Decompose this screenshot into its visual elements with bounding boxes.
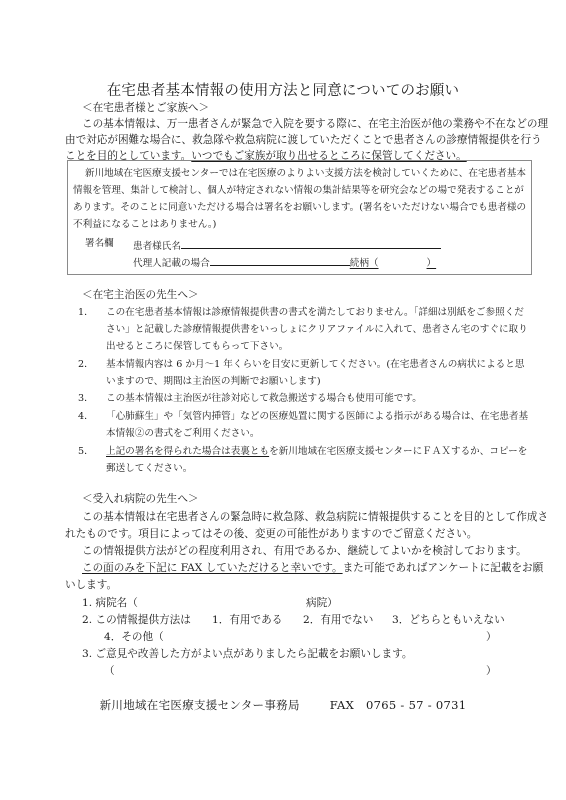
document-page: 在宅患者基本情報の使用方法と同意についてのお願い ＜在宅患者様とご家族へ＞ この…: [0, 0, 566, 800]
family-paragraph-line: この基本情報は、万一患者さんが緊急で入院を要する際に、在宅主治医が他の業務や不在…: [82, 117, 548, 131]
hospital-paragraph-line: れたものです。項目によってはその後、変更の可能性がありますのでご留意ください。: [65, 527, 477, 541]
hospital-paragraph-line: この情報提供方法がどの程度利用され、有用であるか、継続してよいかを検討しておりま…: [82, 544, 527, 558]
patient-name-line[interactable]: [181, 237, 441, 249]
doctor-item-number: 5．: [78, 445, 94, 459]
doctor-item-number: 4．: [78, 410, 94, 424]
survey-q3-open: （: [104, 664, 115, 678]
proxy-field[interactable]: 代理人記載の場合続柄（）: [133, 254, 475, 271]
survey-other-close: ）: [486, 630, 497, 644]
doctor-item-number: 1．: [78, 306, 94, 320]
survey-option-useful[interactable]: 1．有用である: [212, 613, 282, 627]
patient-name-label: 患者様氏名: [133, 241, 181, 252]
survey-option-not-useful[interactable]: 2．有用でない: [303, 613, 373, 627]
footer-contact: 新川地域在宅医療支援センター事務局FAX 0765 - 57 - 0731: [0, 697, 566, 713]
doctor-item-line: 郵送してください。: [106, 462, 192, 476]
relation-close: ）: [427, 258, 437, 269]
doctor-item-line: 基本情報内容は 6 か月～1 年くらいを目安に更新してください。(在宅患者さんの…: [106, 358, 524, 372]
proxy-name-line[interactable]: [210, 254, 350, 266]
proxy-label: 代理人記載の場合: [133, 258, 210, 269]
fax-request: この面のみを下記に FAX していただけると幸いです。: [82, 562, 343, 574]
doctor-item-line: さい」と記載した診療情報提供書をいっしょにクリアファイルに入れて、患者さん宅のす…: [106, 323, 528, 337]
doctor-item-line: 出せるところに保管してもらって下さい。: [106, 340, 288, 354]
survey-q1-label: 1. 病院名（: [82, 596, 138, 610]
fax-number: 0765 - 57 - 0731: [366, 698, 466, 712]
signature-fax-instruction: 上記の署名を得られた場合は表裏とも: [106, 446, 269, 457]
patient-name-field[interactable]: 患者様氏名: [133, 237, 441, 254]
consent-line: 情報を管理、集計して検討し、個人が特定されない情報の集計結果等を研究会などの場で…: [73, 184, 524, 198]
survey-q1-suffix: 病院）: [306, 596, 338, 610]
survey-option-other[interactable]: 4．その他（: [104, 630, 164, 644]
hospital-paragraph-line: この面のみを下記に FAX していただけると幸いです。また可能であればアンケート…: [82, 561, 543, 575]
survey-option-neither[interactable]: 3．どちらともいえない: [392, 613, 505, 627]
doctor-item-line: 上記の署名を得られた場合は表裏ともを新川地域在宅医療支援センターにＦＡＸするか、…: [106, 445, 527, 459]
doctor-item-line: 本情報②の書式をご利用ください。: [106, 427, 260, 441]
hospital-paragraph-line: いします。: [65, 578, 117, 592]
section-heading-doctor: ＜在宅主治医の先生へ＞: [82, 288, 199, 302]
hospital-paragraph-line: この基本情報は在宅患者さんの緊急時に救急隊、救急病院に情報提供することを目的とし…: [82, 510, 548, 524]
family-paragraph-line: 由で対応が困難な場合に、救急隊や救急病院に渡していただくことで患者さんの診療情報…: [65, 133, 542, 147]
survey-q2-label: 2. この情報提供方法は: [82, 613, 191, 627]
survey-q3-close: ）: [486, 664, 497, 678]
doctor-item-number: 2．: [78, 358, 94, 372]
footer-organization: 新川地域在宅医療支援センター事務局: [100, 698, 300, 712]
survey-request: また可能であればアンケートに記載をお願: [343, 562, 544, 574]
survey-q3-label: 3. ご意見や改善した方がよい点がありましたら記載をお願いします。: [82, 647, 412, 661]
consent-line: 新川地域在宅医療支援センターでは在宅医療のよりよい支援方法を検討していくために、…: [85, 167, 526, 181]
doctor-item-line: 「心肺蘇生」や「気管内挿管」などの医療処置に関する医師による指示がある場合は、在…: [106, 410, 528, 424]
consent-line: あります。そのことに同意いただける場合は署名をお願いします。(署名をいただけない…: [73, 201, 526, 215]
signature-label: 署名欄: [85, 237, 114, 251]
section-heading-hospital: ＜受入れ病院の先生へ＞: [82, 492, 199, 506]
doctor-item-text: を新川地域在宅医療支援センターにＦＡＸするか、コピーを: [269, 446, 527, 457]
other-input[interactable]: [170, 630, 480, 644]
document-title: 在宅患者基本情報の使用方法と同意についてのお願い: [0, 79, 566, 100]
doctor-item-line: この在宅患者基本情報は診療情報提供書の書式を満たしておりません。「詳細は別紙をご…: [106, 306, 524, 320]
doctor-item-line: いますので、期間は主治医の判断でお願いします): [106, 375, 321, 389]
relation-field[interactable]: 続柄（）: [350, 257, 475, 271]
comments-input[interactable]: [118, 664, 478, 678]
doctor-item-number: 3．: [78, 392, 94, 406]
consent-line: 不利益になることはありません。): [73, 218, 216, 232]
relation-label: 続柄（: [350, 258, 379, 269]
fax-label: FAX: [330, 698, 354, 712]
hospital-name-input[interactable]: [160, 596, 300, 610]
section-heading-family: ＜在宅患者様とご家族へ＞: [82, 101, 209, 115]
doctor-item-line: この基本情報は主治医が往診対応して救急搬送する場合も使用可能です。: [106, 392, 422, 406]
